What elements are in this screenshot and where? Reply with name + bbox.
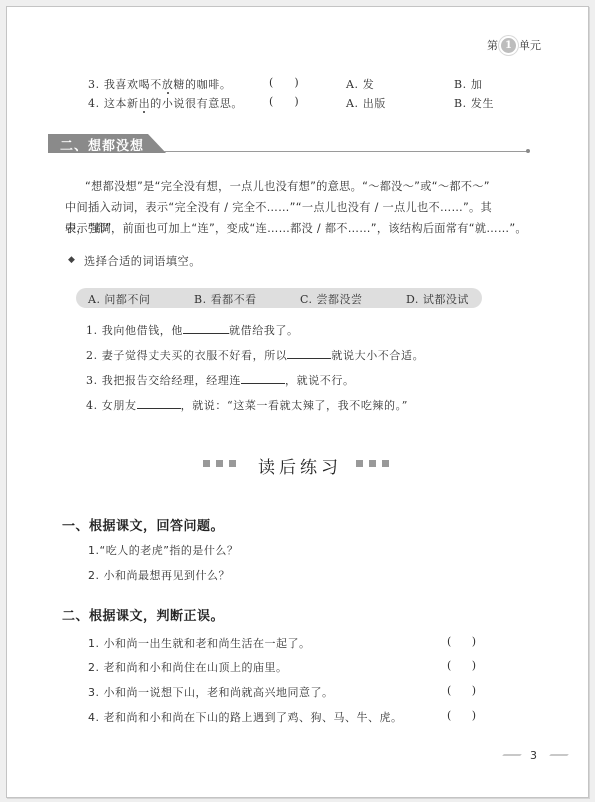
blank-field[interactable] bbox=[241, 371, 285, 384]
unit-indicator: 第 1 单元 bbox=[487, 37, 541, 53]
statement-3: 3. 小和尚一说想下山，老和尚就高兴地同意了。 bbox=[88, 684, 334, 700]
statement-1: 1. 小和尚一出生就和老和尚生活在一起了。 bbox=[88, 635, 311, 651]
part2-heading: 二、根据课文，判断正误。 bbox=[62, 605, 224, 624]
judgement-paren[interactable]: ( ) bbox=[447, 709, 477, 722]
section-divider-line bbox=[164, 151, 528, 152]
word-option-a[interactable]: A. 问都不问 bbox=[88, 291, 150, 307]
question-2: 2. 小和尚最想再见到什么？ bbox=[88, 567, 230, 583]
decor-square-icon bbox=[356, 460, 363, 467]
decor-square-icon bbox=[216, 460, 223, 467]
statement-4: 4. 老和尚和小和尚在下山的路上遇到了鸡、狗、马、牛、虎。 bbox=[88, 709, 403, 725]
answer-paren[interactable]: ( ) bbox=[269, 76, 299, 89]
decor-square-icon bbox=[229, 460, 236, 467]
word-option-c[interactable]: C. 尝都没尝 bbox=[300, 291, 363, 307]
explanation-line-1: “想都没想”是“完全没有想，一点儿也没有想”的意思。“～都没～”或“～都不～” bbox=[85, 176, 545, 197]
emphasis-char: 出 bbox=[139, 97, 151, 110]
page-number: 3 bbox=[530, 749, 537, 762]
blank-field[interactable] bbox=[287, 346, 331, 359]
judgement-paren[interactable]: ( ) bbox=[447, 635, 477, 648]
divider-end-dot-icon bbox=[526, 149, 530, 153]
question-1: 1.“吃人的老虎”指的是什么？ bbox=[88, 542, 238, 558]
option-a[interactable]: A. 出版 bbox=[346, 95, 386, 111]
footer-dash-left bbox=[502, 754, 522, 756]
after-reading-title: 读后练习 bbox=[258, 453, 342, 478]
option-b[interactable]: B. 加 bbox=[454, 76, 482, 92]
emphasis-char: 放 bbox=[162, 78, 174, 91]
footer-dash-right bbox=[549, 754, 569, 756]
judgement-paren[interactable]: ( ) bbox=[447, 659, 477, 672]
fill-item-3: 3. 我把报告交给经理，经理连，就说不行。 bbox=[86, 371, 355, 388]
option-b[interactable]: B. 发生 bbox=[454, 95, 494, 111]
statement-2: 2. 老和尚和小和尚住在山顶上的庙里。 bbox=[88, 659, 288, 675]
blank-field[interactable] bbox=[183, 321, 229, 334]
blank-field[interactable] bbox=[137, 396, 181, 409]
explanation-line-3: 表示强调，前面也可加上“连”，变成“连……都没 / 都不……”，该结构后面常有“… bbox=[65, 218, 535, 239]
decor-square-icon bbox=[203, 460, 210, 467]
prev-question-4: 4. 这本新出的小说很有意思。 bbox=[88, 95, 243, 111]
fill-item-2: 2. 妻子觉得丈夫买的衣服不好看，所以就说大小不合适。 bbox=[86, 346, 424, 363]
word-option-b[interactable]: B. 看都不看 bbox=[194, 291, 257, 307]
part1-heading: 一、根据课文，回答问题。 bbox=[62, 515, 224, 534]
option-a[interactable]: A. 发 bbox=[346, 76, 374, 92]
fill-item-4: 4. 女朋友，就说：“这菜一看就太辣了，我不吃辣的。” bbox=[86, 396, 408, 413]
unit-suffix: 单元 bbox=[519, 37, 541, 53]
word-option-d[interactable]: D. 试都没试 bbox=[406, 291, 469, 307]
prev-question-3: 3. 我喜欢喝不放糖的咖啡。 bbox=[88, 76, 231, 92]
section-banner-title: 二、想都没想 bbox=[60, 135, 144, 154]
decor-square-icon bbox=[369, 460, 376, 467]
unit-prefix: 第 bbox=[487, 37, 498, 53]
answer-paren[interactable]: ( ) bbox=[269, 95, 299, 108]
diamond-bullet-icon: ◆ bbox=[68, 255, 75, 265]
decor-square-icon bbox=[382, 460, 389, 467]
instruction-text: 选择合适的词语填空。 bbox=[84, 253, 201, 269]
fill-item-1: 1. 我向他借钱，他就借给我了。 bbox=[86, 321, 299, 338]
judgement-paren[interactable]: ( ) bbox=[447, 684, 477, 697]
unit-number-badge: 1 bbox=[501, 38, 516, 53]
